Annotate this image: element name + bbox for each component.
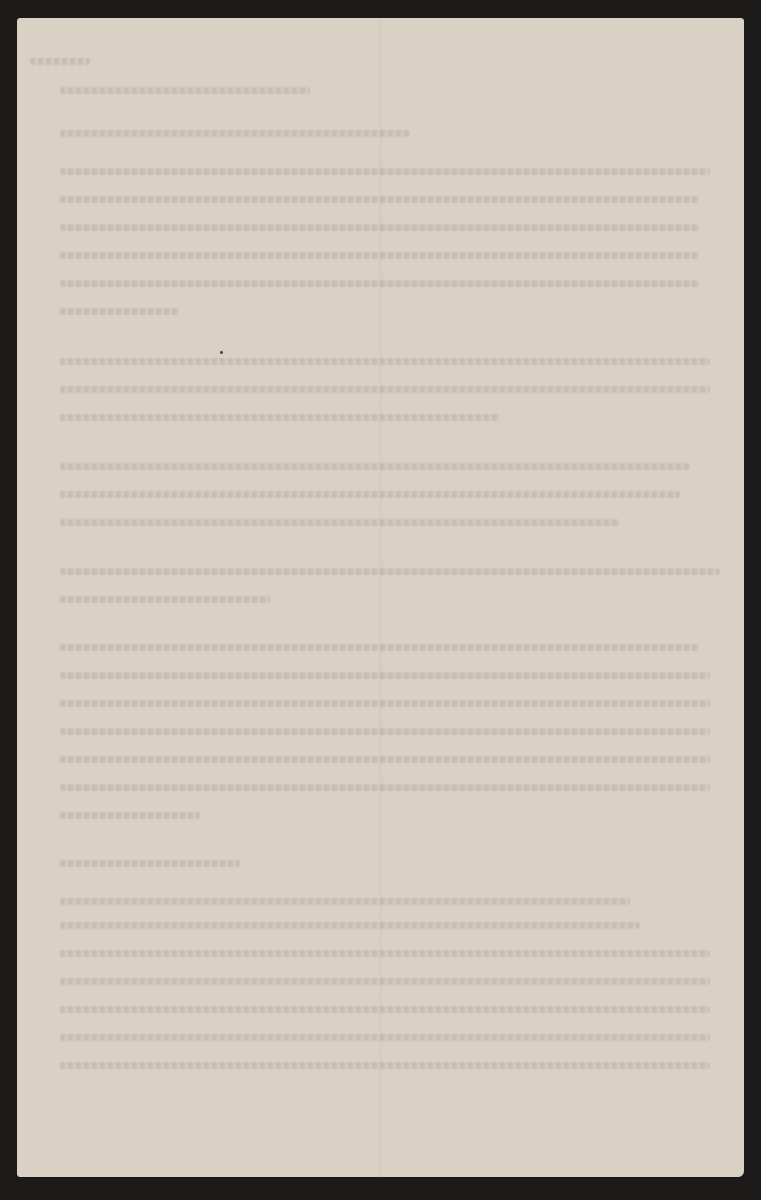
bleed-through-text-line — [60, 224, 700, 231]
bleed-through-text-line — [60, 491, 680, 498]
bleed-through-text-line — [60, 812, 200, 819]
scanned-page — [17, 18, 744, 1177]
bleed-through-text-line — [60, 87, 310, 94]
bleed-through-text-line — [60, 644, 700, 651]
bleed-through-text-line — [60, 196, 700, 203]
bleed-through-text-line — [60, 130, 410, 137]
bleed-through-text-line — [60, 860, 240, 867]
bleed-through-text-line — [60, 978, 710, 985]
bleed-through-text-line — [60, 922, 640, 929]
bleed-through-text-line — [30, 58, 90, 65]
bleed-through-text-line — [60, 950, 710, 957]
bleed-through-text-line — [60, 568, 720, 575]
bleed-through-text-line — [60, 898, 630, 905]
bleed-through-text-line — [60, 308, 180, 315]
bleed-through-text-line — [60, 596, 270, 603]
bleed-through-text-line — [60, 280, 700, 287]
bleed-through-text-line — [60, 700, 710, 707]
bleed-through-text-line — [60, 756, 710, 763]
bleed-through-text-line — [60, 728, 710, 735]
bleed-through-text-line — [60, 414, 500, 421]
bleed-through-text-line — [60, 168, 710, 175]
bleed-through-text-line — [60, 252, 700, 259]
bleed-through-text-line — [60, 1034, 710, 1041]
bleed-through-text-line — [60, 1062, 710, 1069]
ink-speck — [220, 351, 223, 354]
bleed-through-text-line — [60, 386, 710, 393]
bleed-through-text-line — [60, 358, 710, 365]
bleed-through-text-line — [60, 1006, 710, 1013]
bleed-through-text-line — [60, 519, 620, 526]
bleed-through-text-line — [60, 672, 710, 679]
bleed-through-text-line — [60, 784, 710, 791]
bleed-through-text-line — [60, 463, 690, 470]
